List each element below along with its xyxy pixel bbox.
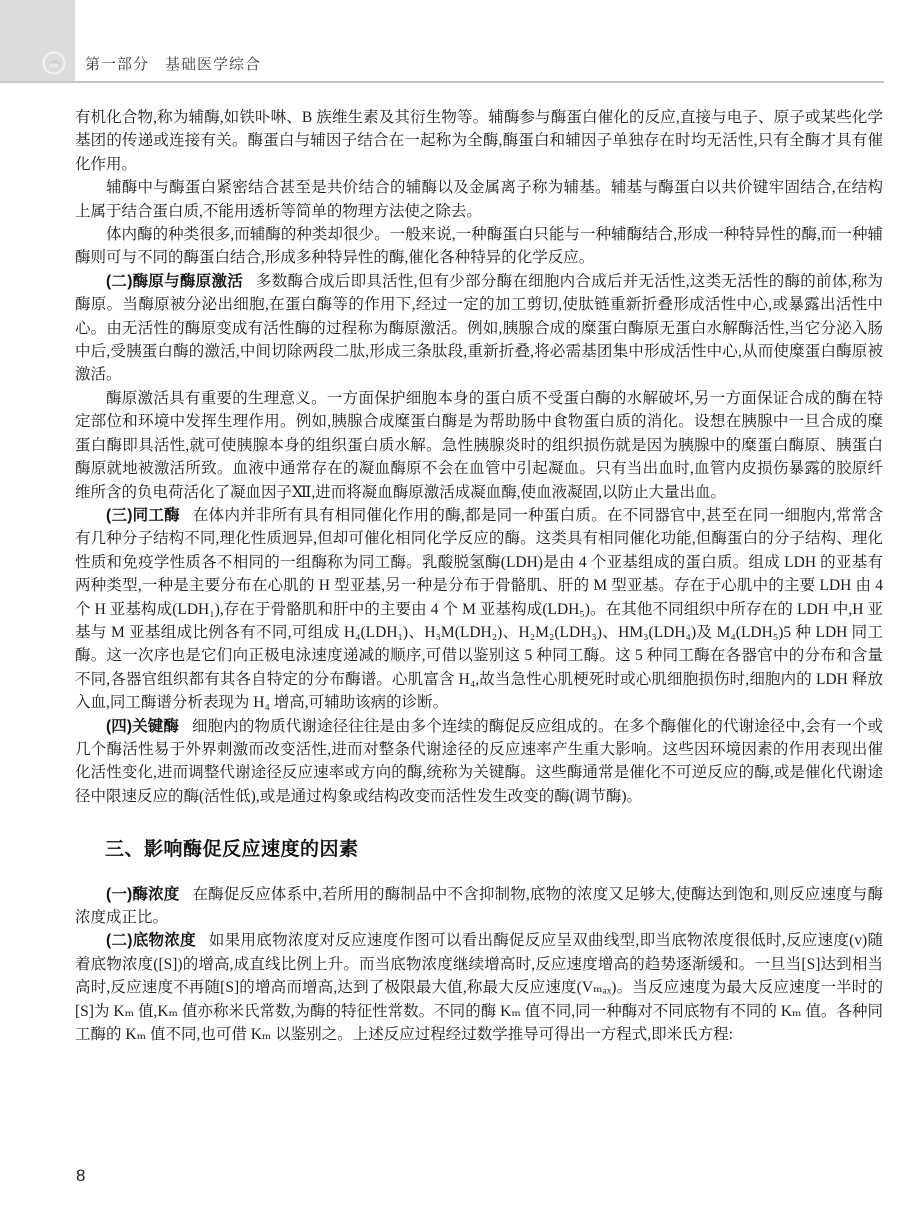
- paragraph-text: 在体内并非所有具有相同催化作用的酶,都是同一种蛋白质。在不同器官中,甚至在同一细…: [75, 507, 883, 711]
- paragraph-lead: (三)同工酶: [106, 507, 180, 524]
- paragraph: (二)底物浓度如果用底物浓度对反应速度作图可以看出酶促反应呈双曲线型,即当底物浓…: [75, 929, 883, 1046]
- page-content: 有机化合物,称为辅酶,如铁卟啉、B 族维生素及其衍生物等。辅酶参与酶蛋白催化的反…: [75, 106, 883, 1046]
- paragraph: 体内酶的种类很多,而辅酶的种类却很少。一般来说,一种酶蛋白只能与一种辅酶结合,形…: [75, 223, 883, 270]
- paragraph: (一)酶浓度在酶促反应体系中,若所用的酶制品中不含抑制物,底物的浓度又足够大,使…: [75, 883, 883, 930]
- paragraph-lead: (一)酶浓度: [106, 886, 179, 903]
- page-number: 8: [76, 1166, 85, 1185]
- corner-block: [0, 0, 75, 83]
- paragraph-text: 有机化合物,称为辅酶,如铁卟啉、B 族维生素及其衍生物等。辅酶参与酶蛋白催化的反…: [75, 109, 883, 173]
- publisher-logo-icon: [42, 51, 66, 75]
- paragraph-text: 酶原激活具有重要的生理意义。一方面保护细胞本身的蛋白质不受蛋白酶的水解破坏,另一…: [75, 390, 883, 501]
- paragraph-text: 体内酶的种类很多,而辅酶的种类却很少。一般来说,一种酶蛋白只能与一种辅酶结合,形…: [75, 226, 883, 266]
- part-title: 基础医学综合: [165, 53, 261, 74]
- part-label: 第一部分: [85, 53, 149, 74]
- paragraph: (三)同工酶在体内并非所有具有相同催化作用的酶,都是同一种蛋白质。在不同器官中,…: [75, 504, 883, 715]
- paragraph: (四)关键酶细胞内的物质代谢途径往往是由多个连续的酶促反应组成的。在多个酶催化的…: [75, 715, 883, 809]
- paragraph-text: 在酶促反应体系中,若所用的酶制品中不含抑制物,底物的浓度又足够大,使酶达到饱和,…: [75, 886, 883, 926]
- paragraph-text: 如果用底物浓度对反应速度作图可以看出酶促反应呈双曲线型,即当底物浓度很低时,反应…: [75, 932, 883, 1043]
- paragraph-lead: (四)关键酶: [106, 718, 179, 735]
- section-heading: 三、影响酶促反应速度的因素: [75, 838, 883, 861]
- paragraph: 有机化合物,称为辅酶,如铁卟啉、B 族维生素及其衍生物等。辅酶参与酶蛋白催化的反…: [75, 106, 883, 176]
- page-footer: 8: [76, 1166, 85, 1186]
- paragraph-lead: (二)酶原与酶原激活: [106, 273, 243, 290]
- header-rule: [0, 81, 884, 83]
- paragraph: 酶原激活具有重要的生理意义。一方面保护细胞本身的蛋白质不受蛋白酶的水解破坏,另一…: [75, 387, 883, 504]
- paragraph: (二)酶原与酶原激活多数酶合成后即具活性,但有少部分酶在细胞内合成后并无活性,这…: [75, 270, 883, 387]
- paragraph-text: 细胞内的物质代谢途径往往是由多个连续的酶促反应组成的。在多个酶催化的代谢途径中,…: [75, 718, 883, 805]
- paragraph: 辅酶中与酶蛋白紧密结合甚至是共价结合的辅酶以及金属离子称为辅基。辅基与酶蛋白以共…: [75, 176, 883, 223]
- textbook-page: 第一部分 基础医学综合 有机化合物,称为辅酶,如铁卟啉、B 族维生素及其衍生物等…: [0, 0, 900, 1231]
- paragraph-lead: (二)底物浓度: [106, 932, 196, 949]
- page-header: 第一部分 基础医学综合: [85, 50, 261, 76]
- paragraph-text: 辅酶中与酶蛋白紧密结合甚至是共价结合的辅酶以及金属离子称为辅基。辅基与酶蛋白以共…: [75, 179, 883, 219]
